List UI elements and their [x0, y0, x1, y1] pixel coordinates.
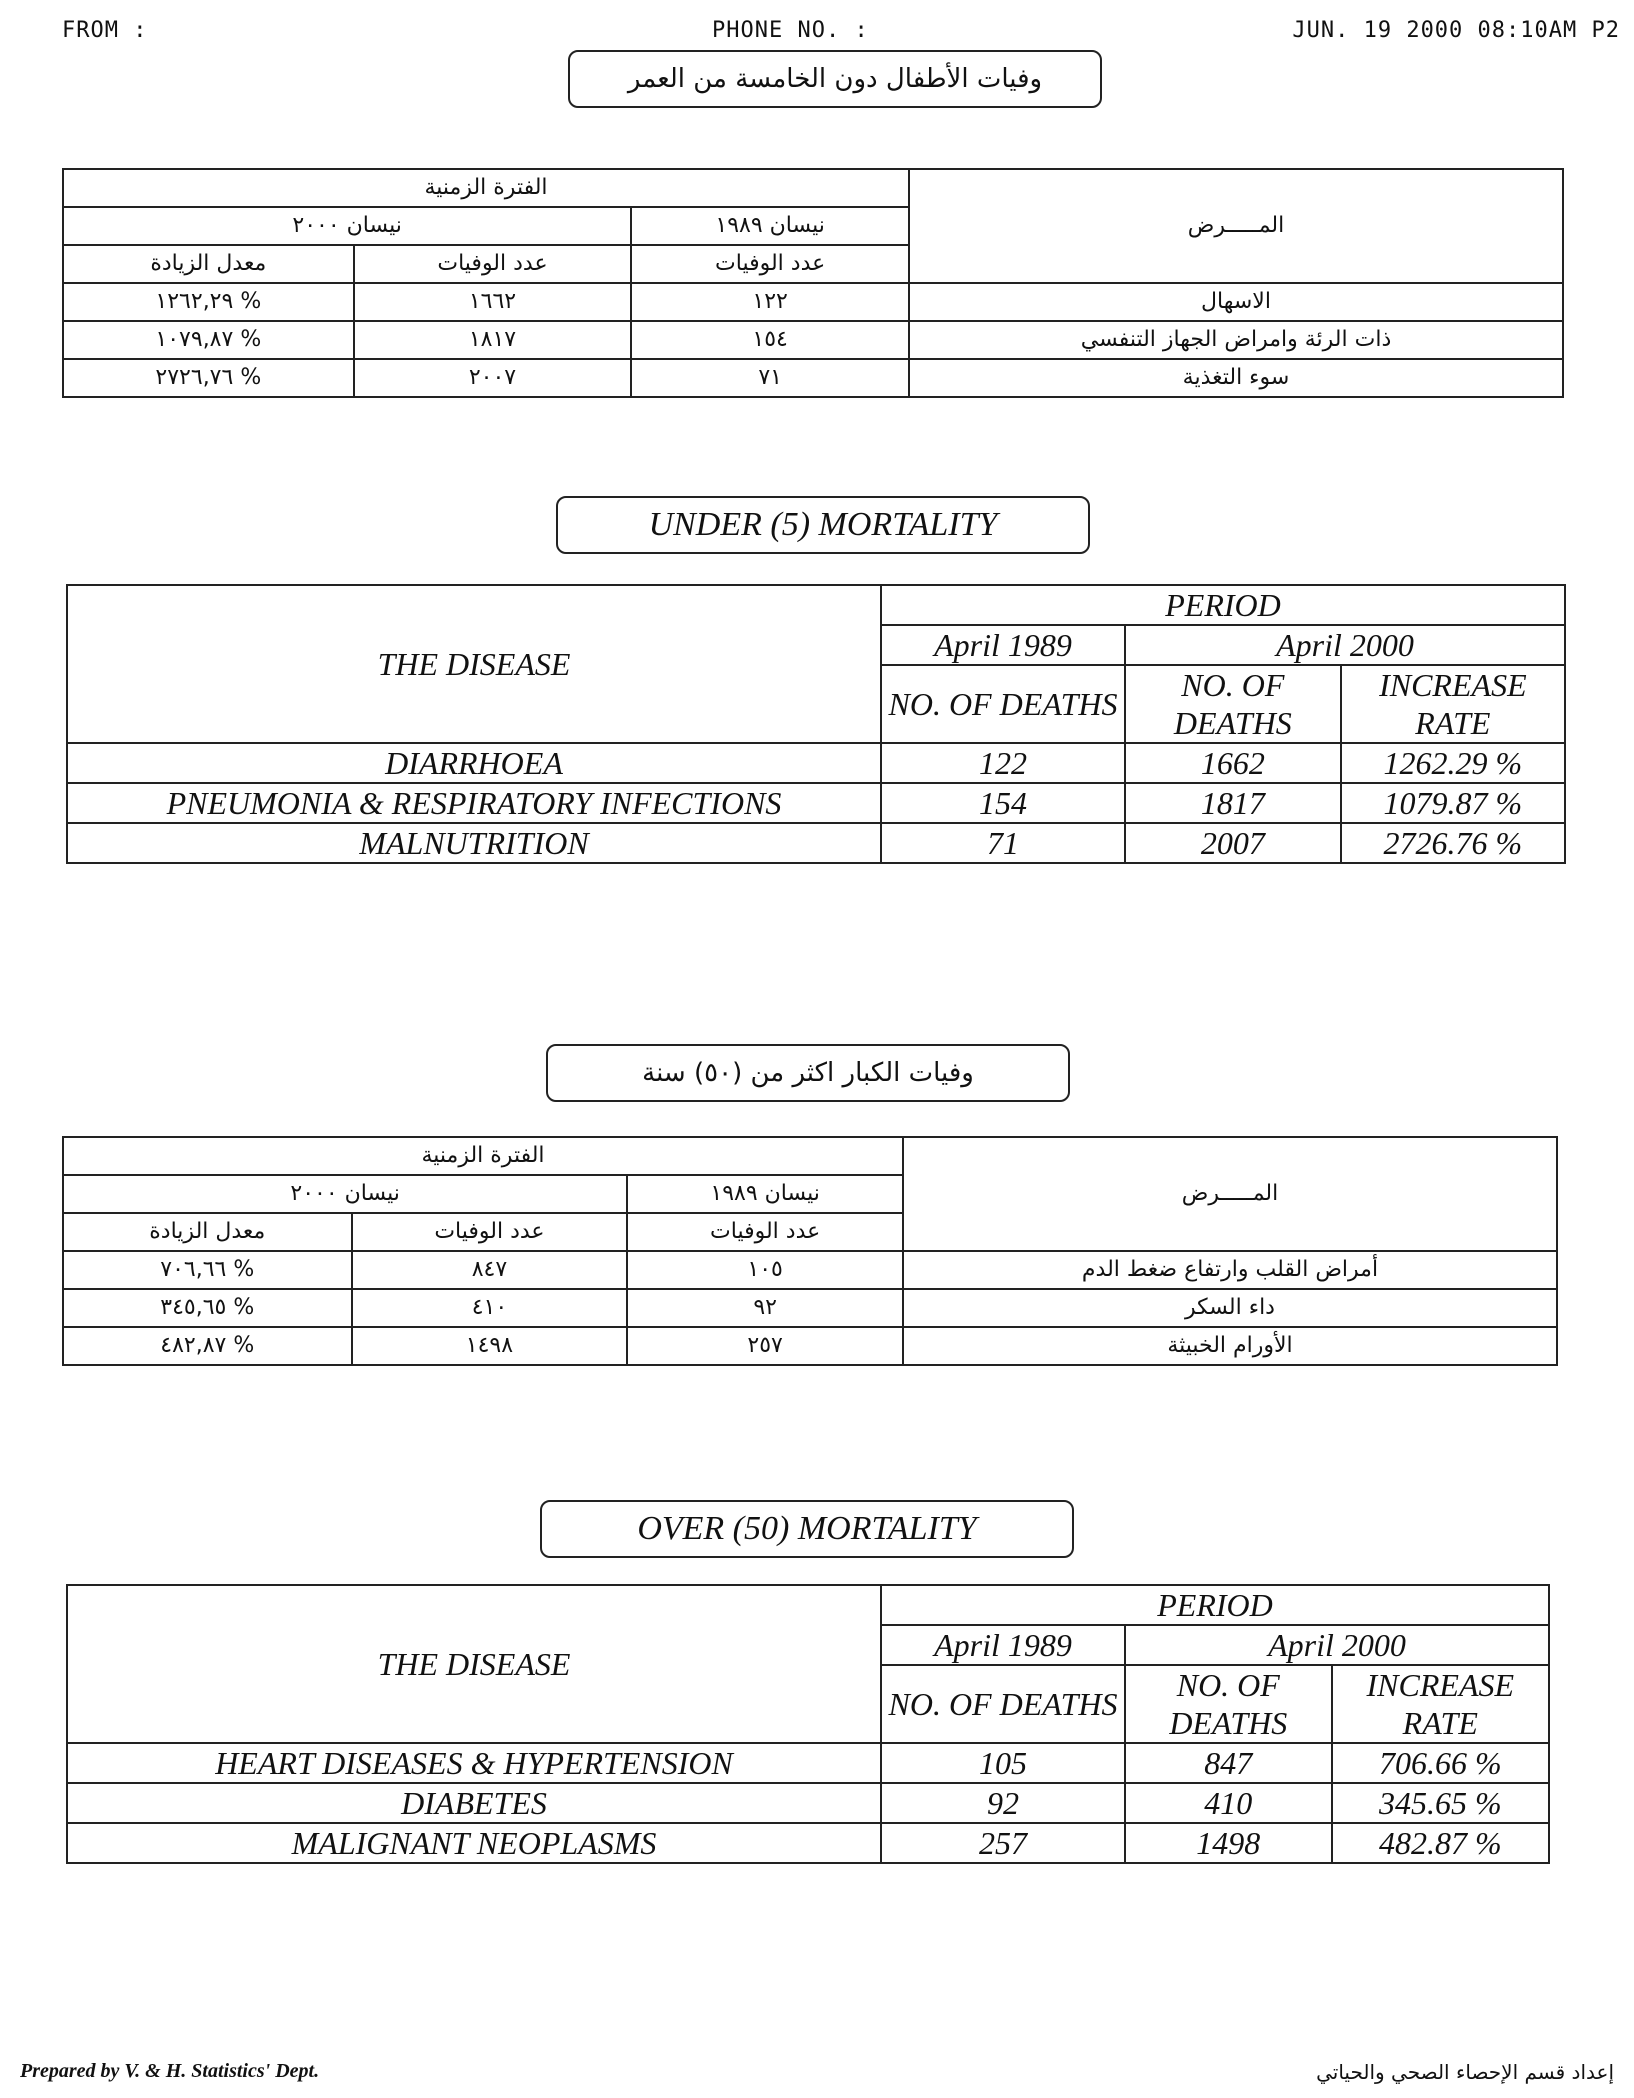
table2-ar-title: وفيات الكبار اكثر من (٥٠) سنة	[546, 1044, 1070, 1102]
deaths-2000-cell: 1498	[1125, 1823, 1332, 1863]
rate-header: معدل الزيادة	[63, 1213, 352, 1251]
rate-cell: 2726.76 %	[1341, 823, 1565, 863]
deaths-1989-cell: ٢٥٧	[627, 1327, 903, 1365]
disease-header: المـــــرض	[903, 1137, 1557, 1251]
deaths-1989-cell: 154	[881, 783, 1125, 823]
disease-cell: أمراض القلب وارتفاع ضغط الدم	[903, 1251, 1557, 1289]
deaths-1989-cell: ٩٢	[627, 1289, 903, 1327]
deaths-header: عدد الوفيات	[631, 245, 909, 283]
col-1989: April 1989	[881, 1625, 1125, 1665]
deaths-1989-cell: 92	[881, 1783, 1125, 1823]
fax-date: JUN. 19 2000 08:10AM P2	[1292, 18, 1620, 43]
col-1989: April 1989	[881, 625, 1125, 665]
deaths-2000-cell: ١٤٩٨	[352, 1327, 628, 1365]
rate-cell: 1079.87 %	[1341, 783, 1565, 823]
footer-prepared-by-ar: إعداد قسم الإحصاء الصحي والحياتي	[1316, 2060, 1614, 2084]
table-row: DIABETES92410345.65 %	[67, 1783, 1549, 1823]
deaths-1989-cell: ٧١	[631, 359, 909, 397]
col-1989: نيسان ١٩٨٩	[631, 207, 909, 245]
col-2000: April 2000	[1125, 1625, 1549, 1665]
rate-cell: 345.65 %	[1332, 1783, 1549, 1823]
table2-en-title: OVER (50) MORTALITY	[540, 1500, 1074, 1558]
disease-cell: سوء التغذية	[909, 359, 1563, 397]
disease-cell: داء السكر	[903, 1289, 1557, 1327]
rate-cell: % ٤٨٢,٨٧	[63, 1327, 352, 1365]
rate-cell: % ٢٧٢٦,٧٦	[63, 359, 354, 397]
disease-header: THE DISEASE	[67, 1585, 881, 1743]
disease-cell: DIABETES	[67, 1783, 881, 1823]
col-2000: April 2000	[1125, 625, 1565, 665]
deaths-2000-cell: ٤١٠	[352, 1289, 628, 1327]
deaths-1989-cell: 71	[881, 823, 1125, 863]
table1-en-title: UNDER (5) MORTALITY	[556, 496, 1090, 554]
deaths-2000-cell: ١٦٦٢	[354, 283, 632, 321]
table-row: MALNUTRITION7120072726.76 %	[67, 823, 1565, 863]
rate-cell: % ١٢٦٢,٢٩	[63, 283, 354, 321]
rate-cell: 1262.29 %	[1341, 743, 1565, 783]
rate-header: INCREASE RATE	[1332, 1665, 1549, 1743]
rate-cell: % ١٠٧٩,٨٧	[63, 321, 354, 359]
disease-cell: الأورام الخبيثة	[903, 1327, 1557, 1365]
fax-from: FROM :	[62, 18, 147, 43]
deaths-1989-cell: 122	[881, 743, 1125, 783]
disease-cell: HEART DISEASES & HYPERTENSION	[67, 1743, 881, 1783]
deaths-header: عدد الوفيات	[354, 245, 632, 283]
rate-cell: % ٧٠٦,٦٦	[63, 1251, 352, 1289]
deaths-header: NO. OF DEATHS	[881, 1665, 1125, 1743]
table-row: % ١٢٦٢,٢٩١٦٦٢١٢٢الاسهال	[63, 283, 1563, 321]
disease-cell: الاسهال	[909, 283, 1563, 321]
deaths-1989-cell: ١٥٤	[631, 321, 909, 359]
rate-cell: 482.87 %	[1332, 1823, 1549, 1863]
col-2000: نيسان ٢٠٠٠	[63, 207, 631, 245]
deaths-header: NO. OF DEATHS	[1125, 665, 1341, 743]
table-row: % ٧٠٦,٦٦٨٤٧١٠٥أمراض القلب وارتفاع ضغط ال…	[63, 1251, 1557, 1289]
table2-en: THE DISEASE PERIOD April 1989 April 2000…	[66, 1584, 1550, 1864]
fax-phone: PHONE NO. :	[712, 18, 869, 43]
rate-header: INCREASE RATE	[1341, 665, 1565, 743]
period-header: PERIOD	[881, 1585, 1549, 1625]
deaths-1989-cell: 257	[881, 1823, 1125, 1863]
period-header: الفترة الزمنية	[63, 169, 909, 207]
table1-en: THE DISEASE PERIOD April 1989 April 2000…	[66, 584, 1566, 864]
period-header: PERIOD	[881, 585, 1565, 625]
col-2000: نيسان ٢٠٠٠	[63, 1175, 627, 1213]
period-header: الفترة الزمنية	[63, 1137, 903, 1175]
table-row: HEART DISEASES & HYPERTENSION105847706.6…	[67, 1743, 1549, 1783]
disease-cell: PNEUMONIA & RESPIRATORY INFECTIONS	[67, 783, 881, 823]
table-row: % ١٠٧٩,٨٧١٨١٧١٥٤ذات الرئة وامراض الجهاز …	[63, 321, 1563, 359]
deaths-header: عدد الوفيات	[627, 1213, 903, 1251]
disease-cell: MALNUTRITION	[67, 823, 881, 863]
table-row: % ٣٤٥,٦٥٤١٠٩٢داء السكر	[63, 1289, 1557, 1327]
table1-ar-title: وفيات الأطفال دون الخامسة من العمر	[568, 50, 1102, 108]
rate-cell: 706.66 %	[1332, 1743, 1549, 1783]
table-row: PNEUMONIA & RESPIRATORY INFECTIONS154181…	[67, 783, 1565, 823]
deaths-1989-cell: 105	[881, 1743, 1125, 1783]
deaths-1989-cell: ١٢٢	[631, 283, 909, 321]
deaths-2000-cell: 1662	[1125, 743, 1341, 783]
deaths-2000-cell: ٨٤٧	[352, 1251, 628, 1289]
disease-cell: ذات الرئة وامراض الجهاز التنفسي	[909, 321, 1563, 359]
table-row: % ٤٨٢,٨٧١٤٩٨٢٥٧الأورام الخبيثة	[63, 1327, 1557, 1365]
deaths-2000-cell: ١٨١٧	[354, 321, 632, 359]
disease-header: المـــــرض	[909, 169, 1563, 283]
deaths-2000-cell: 847	[1125, 1743, 1332, 1783]
deaths-2000-cell: 410	[1125, 1783, 1332, 1823]
deaths-header: NO. OF DEATHS	[1125, 1665, 1332, 1743]
rate-cell: % ٣٤٥,٦٥	[63, 1289, 352, 1327]
rate-header: معدل الزيادة	[63, 245, 354, 283]
table1-ar: الفترة الزمنية المـــــرض نيسان ٢٠٠٠ نيس…	[62, 168, 1564, 398]
deaths-2000-cell: 1817	[1125, 783, 1341, 823]
footer-prepared-by: Prepared by V. & H. Statistics' Dept.	[20, 2060, 319, 2083]
disease-cell: DIARRHOEA	[67, 743, 881, 783]
disease-header: THE DISEASE	[67, 585, 881, 743]
deaths-2000-cell: 2007	[1125, 823, 1341, 863]
deaths-2000-cell: ٢٠٠٧	[354, 359, 632, 397]
table-row: MALIGNANT NEOPLASMS2571498482.87 %	[67, 1823, 1549, 1863]
disease-cell: MALIGNANT NEOPLASMS	[67, 1823, 881, 1863]
deaths-header: NO. OF DEATHS	[881, 665, 1125, 743]
col-1989: نيسان ١٩٨٩	[627, 1175, 903, 1213]
table-row: DIARRHOEA12216621262.29 %	[67, 743, 1565, 783]
table2-ar: الفترة الزمنية المـــــرض نيسان ٢٠٠٠ نيس…	[62, 1136, 1558, 1366]
table-row: % ٢٧٢٦,٧٦٢٠٠٧٧١سوء التغذية	[63, 359, 1563, 397]
deaths-header: عدد الوفيات	[352, 1213, 628, 1251]
deaths-1989-cell: ١٠٥	[627, 1251, 903, 1289]
